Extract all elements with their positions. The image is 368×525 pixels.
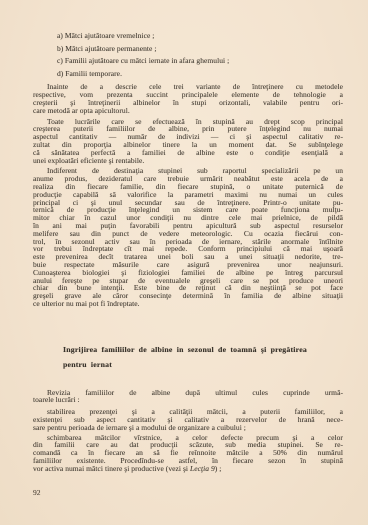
paragraph-toate-lucrarile: Toate lucrările care se efectuează în st… xyxy=(33,118,343,165)
text-line: c) Familii ajutătoare cu mătci iernate i… xyxy=(57,55,343,68)
text-column: a) Mătci ajutătoare vremelnice ;b) Mătci… xyxy=(33,30,343,497)
text-line: Ingrijirea familiilor de albine in sezon… xyxy=(63,342,343,357)
scanned-book-page: a) Mătci ajutătoare vremelnice ;b) Mătci… xyxy=(0,0,368,525)
text-line: vor activa numai mătci tinere şi product… xyxy=(33,465,343,473)
paragraph-intro: Inainte de a descrie cele trei variante … xyxy=(33,83,343,114)
page-number: 92 xyxy=(33,489,343,497)
text-line: sare pentru perioada de iernare şi a mod… xyxy=(33,424,343,432)
text-line: b) Mătci ajutătoare permanente ; xyxy=(57,43,343,56)
text-line: ce ulterior nu mai pot fi îndreptate. xyxy=(33,300,343,308)
paragraph-stabilirea: stabilirea prezenţei şi a calităţii mătc… xyxy=(33,408,343,431)
queen-types-list: a) Mătci ajutătoare vremelnice ;b) Mătci… xyxy=(33,30,343,80)
text-line: a) Mătci ajutătoare vremelnice ; xyxy=(57,30,343,43)
text-line: d) Familii temporare. xyxy=(57,68,343,81)
text-line: toarele lucrări : xyxy=(33,396,343,404)
text-line: care metodă ar opta apicultorul. xyxy=(33,107,343,115)
text-line: pentru iernat xyxy=(63,357,343,372)
paragraph-indiferent: Indiferent de destinaţia stupinei sub ra… xyxy=(33,167,343,307)
paragraph-schimbarea: schimbarea mătcilor vîrstnice, a celor d… xyxy=(33,434,343,473)
paragraph-revizia: Revizia familiilor de albine după ultimu… xyxy=(33,389,343,405)
section-heading: Ingrijirea familiilor de albine in sezon… xyxy=(33,342,343,372)
text-line: unei exploatări eficiente şi rentabile. xyxy=(33,157,343,165)
